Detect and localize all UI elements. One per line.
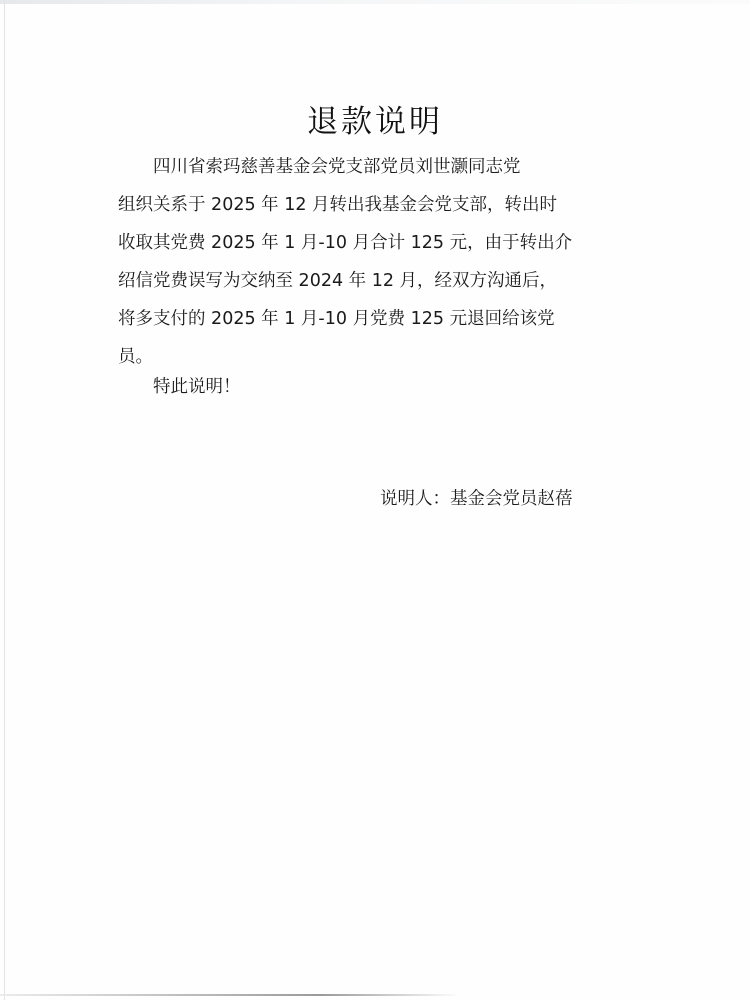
- document-title: 退款说明: [0, 96, 750, 141]
- closing-statement: 特此说明！: [153, 373, 241, 398]
- signature-line: 说明人：基金会党员赵蓓: [380, 485, 573, 510]
- scanned-page: 退款说明 四川省索玛慈善基金会党支部党员刘世灏同志党 组织关系于 2025 年 …: [0, 0, 750, 1000]
- scan-edge-top: [0, 0, 750, 4]
- body-line-2: 组织关系于 2025 年 12 月转出我基金会党支部，转出时: [118, 186, 614, 224]
- body-line-4: 绍信党费误写为交纳至 2024 年 12 月，经双方沟通后，: [118, 262, 614, 300]
- scan-edge-left: [4, 0, 5, 1000]
- scan-edge-bottom: [0, 994, 460, 996]
- body-line-6: 员。: [118, 338, 614, 376]
- body-line-5: 将多支付的 2025 年 1 月-10 月党费 125 元退回给该党: [118, 300, 614, 338]
- document-body: 四川省索玛慈善基金会党支部党员刘世灏同志党 组织关系于 2025 年 12 月转…: [118, 148, 614, 376]
- body-line-3: 收取其党费 2025 年 1 月-10 月合计 125 元，由于转出介: [118, 224, 614, 262]
- body-line-1: 四川省索玛慈善基金会党支部党员刘世灏同志党: [118, 148, 614, 186]
